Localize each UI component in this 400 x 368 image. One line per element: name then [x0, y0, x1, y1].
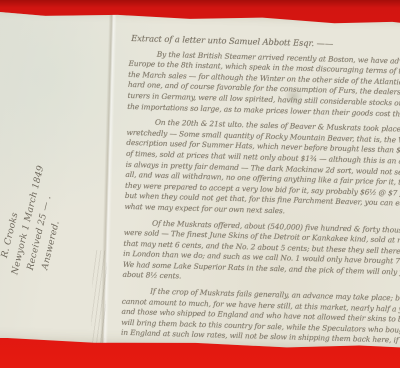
- letter-paragraph: If the crop of Muskrats fails generally,…: [121, 286, 398, 347]
- letter-paragraph: Of the Muskrats offered, about (540,000)…: [122, 217, 400, 288]
- letter-body: Extract of a letter unto Samuel Abbott E…: [121, 33, 400, 347]
- letter-paragraph: On the 20th & 21st ulto. the sales of Be…: [124, 117, 400, 220]
- letter-paper: R. CrooksNewyork 1 March 1849Received 25…: [0, 8, 400, 353]
- letter-heading: Extract of a letter unto Samuel Abbott E…: [131, 33, 400, 51]
- letter-paragraph: By the last British Steamer arrived rece…: [127, 48, 400, 119]
- photo-background: R. CrooksNewyork 1 March 1849Received 25…: [0, 0, 400, 368]
